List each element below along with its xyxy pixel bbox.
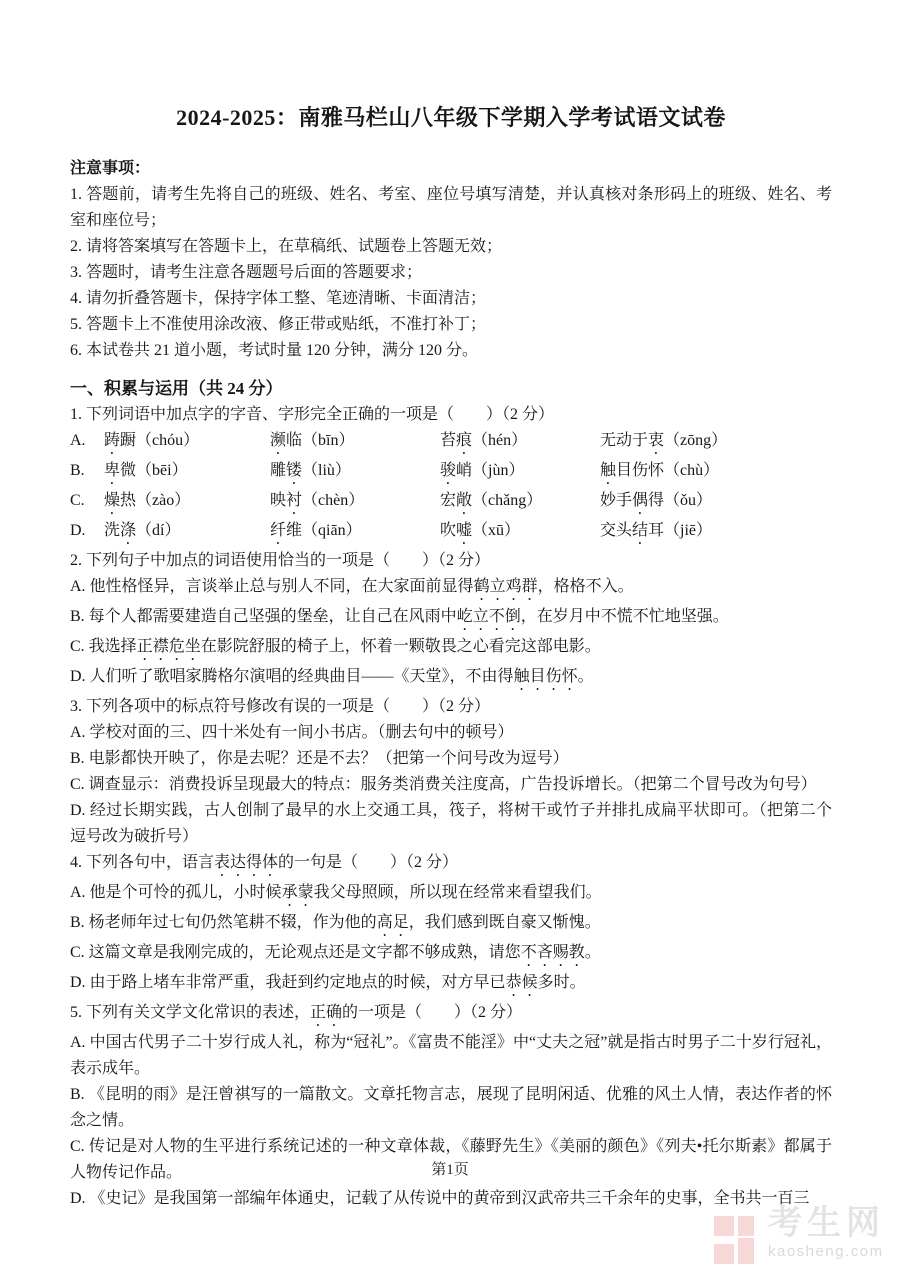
question-block: 1. 下列词语中加点字的字音、字形完全正确的一项是（ ）（2 分）A.踌蹰（ch… (70, 402, 832, 548)
emphasized-text: 骏 (440, 462, 456, 479)
word-option: 吹嘘（xū） (440, 518, 600, 548)
word-option: 濒临（bīn） (270, 428, 440, 458)
emphasized-text: 鹤立鸡群 (474, 578, 538, 595)
emphasized-text: 承蒙 (282, 884, 314, 901)
kaosheng-logo-icon (714, 1210, 760, 1268)
option-line: A. 学校对面的三、四十米处有一间小书店。（删去句中的顿号） (70, 720, 832, 746)
questions-container: 1. 下列词语中加点字的字音、字形完全正确的一项是（ ）（2 分）A.踌蹰（ch… (70, 402, 832, 1212)
notice-heading: 注意事项： (70, 156, 832, 182)
logo-block (738, 1238, 754, 1264)
emphasized-text: 濒 (270, 432, 286, 449)
word-option: 妙手偶得（ǒu） (600, 488, 832, 518)
word-option: 燥热（zào） (104, 488, 270, 518)
notice-section: 注意事项： 1. 答题前，请考生先将自己的班级、姓名、考室、座位号填写清楚，并认… (70, 156, 832, 364)
emphasized-text: 纤 (270, 522, 286, 539)
emphasized-text: 正襟危坐 (137, 638, 201, 655)
option-line: C. 这篇文章是我刚完成的，无论观点还是文字都不够成熟，请您不吝赐教。 (70, 940, 832, 970)
emphasized-text: 嘘 (456, 522, 472, 539)
emphasized-text: 不吝赐教 (521, 944, 585, 961)
question-stem: 3. 下列各项中的标点符号修改有误的一项是（ ）（2 分） (70, 694, 832, 720)
word-option: 洗涤（dí） (104, 518, 270, 548)
page-number: 第1页 (0, 1158, 900, 1179)
question-stem: 4. 下列各句中，语言表达得体的一句是（ ）（2 分） (70, 850, 832, 880)
emphasized-text: 涤 (120, 522, 136, 539)
option-row: C.燥热（zào）映衬（chèn）宏敞（chǎng）妙手偶得（ǒu） (70, 488, 832, 518)
emphasized-text: 触 (600, 462, 616, 479)
emphasized-text: 结 (632, 522, 648, 539)
question-block: 5. 下列有关文学文化常识的表述，正确的一项是（ ）（2 分）A. 中国古代男子… (70, 1000, 832, 1212)
word-option: 雕镂（liù） (270, 458, 440, 488)
option-line: D. 由于路上堵车非常严重，我赶到约定地点的时候，对方早已恭候多时。 (70, 970, 832, 1000)
emphasized-text: 敞 (456, 492, 472, 509)
question-block: 3. 下列各项中的标点符号修改有误的一项是（ ）（2 分）A. 学校对面的三、四… (70, 694, 832, 850)
word-option: 纤维（qiān） (270, 518, 440, 548)
option-label: B. (70, 458, 104, 488)
option-line: C. 我选择正襟危坐在影院舒服的椅子上，怀着一颗敬畏之心看完这部电影。 (70, 634, 832, 664)
word-option: 骏峭（jùn） (440, 458, 600, 488)
notice-item: 4. 请勿折叠答题卡，保持字体工整、笔迹清晰、卡面清洁； (70, 286, 832, 312)
option-line: B. 电影都快开映了，你是去呢？还是不去？（把第一个问号改为逗号） (70, 746, 832, 772)
kaosheng-watermark: 考生网 kaosheng.com (714, 1204, 885, 1268)
emphasized-text: 衷 (648, 432, 664, 449)
emphasized-text: 偶 (632, 492, 648, 509)
question-block: 2. 下列句子中加点的词语使用恰当的一项是（ ）（2 分）A. 他性格怪异，言谈… (70, 548, 832, 694)
option-row: A.踌蹰（chóu）濒临（bīn）苔痕（hén）无动于衷（zōng） (70, 428, 832, 458)
watermark-site-url: kaosheng.com (768, 1244, 885, 1260)
word-option: 踌蹰（chóu） (104, 428, 270, 458)
notice-item: 2. 请将答案填写在答题卡上，在草稿纸、试题卷上答题无效； (70, 234, 832, 260)
notice-item: 6. 本试卷共 21 道小题，考试时量 120 分钟，满分 120 分。 (70, 338, 832, 364)
word-option: 交头结耳（jiē） (600, 518, 832, 548)
word-option: 宏敞（chǎng） (440, 488, 600, 518)
emphasized-text: 触目伤怀 (514, 668, 578, 685)
logo-block (714, 1216, 734, 1236)
page-title: 2024-2025：南雅马栏山八年级下学期入学考试语文试卷 (70, 102, 832, 134)
emphasized-text: 卑 (104, 462, 120, 479)
emphasized-text: 高足 (377, 914, 409, 931)
watermark-site-name: 考生网 (768, 1204, 885, 1242)
notice-item: 5. 答题卡上不准使用涂改液、修正带或贴纸，不准打补丁； (70, 312, 832, 338)
option-label: C. (70, 488, 104, 518)
emphasized-text: 恭候 (506, 974, 538, 991)
option-line: B. 每个人都需要建造自己坚强的堡垒，让自己在风雨中屹立不倒，在岁月中不慌不忙地… (70, 604, 832, 634)
notice-item: 3. 答题时，请考生注意各题题号后面的答题要求； (70, 260, 832, 286)
word-option: 卑微（bēi） (104, 458, 270, 488)
question-stem: 1. 下列词语中加点字的字音、字形完全正确的一项是（ ）（2 分） (70, 402, 832, 428)
emphasized-text: 燥 (104, 492, 120, 509)
option-line: A. 中国古代男子二十岁行成人礼，称为“冠礼”。《富贵不能淫》中“丈夫之冠”就是… (70, 1030, 832, 1082)
section-heading: 一、积累与运用（共 24 分） (70, 376, 832, 402)
option-row: D.洗涤（dí）纤维（qiān）吹嘘（xū）交头结耳（jiē） (70, 518, 832, 548)
word-option: 苔痕（hén） (440, 428, 600, 458)
word-option: 映衬（chèn） (270, 488, 440, 518)
question-stem: 2. 下列句子中加点的词语使用恰当的一项是（ ）（2 分） (70, 548, 832, 574)
emphasized-text: 屹立不倒 (457, 608, 521, 625)
emphasized-text: 衬 (286, 492, 302, 509)
notice-list: 1. 答题前，请考生先将自己的班级、姓名、考室、座位号填写清楚，并认真核对条形码… (70, 182, 832, 364)
option-line: B. 杨老师年过七旬仍然笔耕不辍，作为他的高足，我们感到既自豪又惭愧。 (70, 910, 832, 940)
emphasized-text: 痕 (456, 432, 472, 449)
option-line: A. 他是个可怜的孤儿，小时候承蒙我父母照顾，所以现在经常来看望我们。 (70, 880, 832, 910)
logo-block (738, 1216, 754, 1236)
word-option: 无动于衷（zōng） (600, 428, 832, 458)
logo-block (714, 1244, 734, 1264)
option-line: D. 经过长期实践，古人创制了最早的水上交通工具，筏子，将树干或竹子并排扎成扁平… (70, 798, 832, 850)
watermark-text: 考生网 kaosheng.com (768, 1204, 885, 1260)
emphasized-text: 踌 (104, 432, 120, 449)
question-block: 4. 下列各句中，语言表达得体的一句是（ ）（2 分）A. 他是个可怜的孤儿，小… (70, 850, 832, 1000)
option-row: B.卑微（bēi）雕镂（liù）骏峭（jùn）触目伤怀（chù） (70, 458, 832, 488)
emphasized-text: 正确 (310, 1004, 342, 1021)
option-label: A. (70, 428, 104, 458)
emphasized-text: 表达得体 (214, 854, 278, 871)
option-line: B. 《昆明的雨》是汪曾祺写的一篇散文。文章托物言志，展现了昆明闲适、优雅的风土… (70, 1082, 832, 1134)
question-stem: 5. 下列有关文学文化常识的表述，正确的一项是（ ）（2 分） (70, 1000, 832, 1030)
option-line: A. 他性格怪异，言谈举止总与别人不同，在大家面前显得鹤立鸡群，格格不入。 (70, 574, 832, 604)
option-line: D. 人们听了歌唱家腾格尔演唱的经典曲目——《天堂》，不由得触目伤怀。 (70, 664, 832, 694)
notice-item: 1. 答题前，请考生先将自己的班级、姓名、考室、座位号填写清楚，并认真核对条形码… (70, 182, 832, 234)
emphasized-text: 镂 (286, 462, 302, 479)
option-line: C. 调查显示：消费投诉呈现最大的特点：服务类消费关注度高，广告投诉增长。（把第… (70, 772, 832, 798)
option-label: D. (70, 518, 104, 548)
word-option: 触目伤怀（chù） (600, 458, 832, 488)
exam-paper-page: 2024-2025：南雅马栏山八年级下学期入学考试语文试卷 注意事项： 1. 答… (0, 0, 900, 1272)
